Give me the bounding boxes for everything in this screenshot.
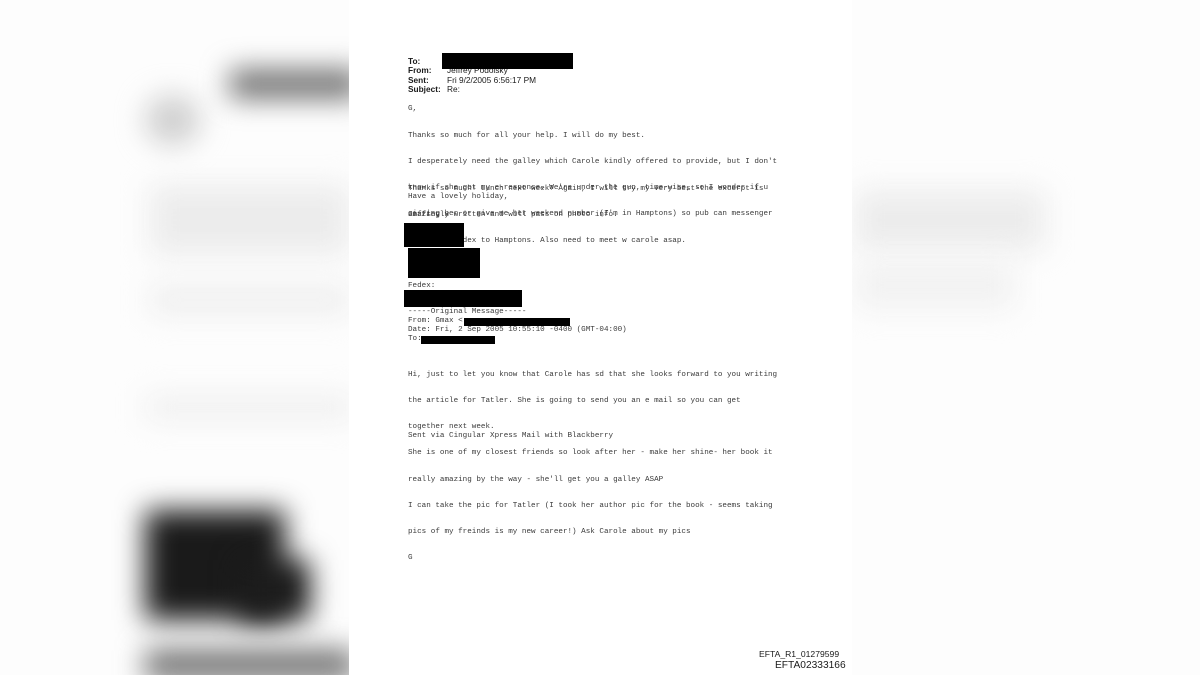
- redaction-signature-block-1: [404, 223, 464, 247]
- redaction-to: [442, 53, 573, 69]
- text-line: G: [408, 554, 777, 563]
- original-to: To:: [408, 335, 422, 344]
- original-body: Hi, just to let you know that Carole has…: [408, 353, 777, 581]
- redaction-fedex-address: [404, 290, 522, 307]
- blur-shape: [150, 285, 350, 315]
- text-line: I can take the pic for Tatler (I took he…: [408, 502, 777, 511]
- text-line: amazingly written-and will pass on photo…: [408, 211, 763, 220]
- text-line: Thanks so much for all your help. I will…: [408, 132, 777, 141]
- signature: Jeffrey x: [408, 211, 449, 220]
- greeting: G,: [408, 105, 417, 114]
- subject-label: Subject:: [408, 85, 447, 94]
- blur-shape: [240, 560, 310, 620]
- original-footer: Sent via Cingular Xpress Mail with Black…: [408, 432, 613, 441]
- blur-shape: [230, 70, 360, 98]
- text-line: the article for Tatler. She is going to …: [408, 397, 777, 406]
- original-from: From: Gmax <: [408, 317, 463, 326]
- subject-value: Re:: [447, 85, 460, 94]
- sent-value: Fri 9/2/2005 6:56:17 PM: [447, 76, 536, 85]
- text-line: pics of my freinds is my new career!) As…: [408, 528, 777, 537]
- redaction-original-to: [421, 336, 495, 344]
- bates-stamp-1: EFTA_R1_01279599: [759, 649, 839, 659]
- text-line: Thanks so much! Lunch next week? Again, …: [408, 185, 763, 194]
- blur-shape: [150, 185, 350, 255]
- text-line: really amazing by the way - she'll get y…: [408, 476, 777, 485]
- blur-shape: [145, 650, 355, 675]
- redaction-original-from: [464, 318, 570, 326]
- blur-shape: [855, 190, 1045, 250]
- redaction-signature-block-2: [408, 248, 480, 278]
- header-subject-row: Subject: Re:: [408, 85, 536, 94]
- closing: Have a lovely holiday,: [408, 193, 508, 202]
- text-line: I desperately need the galley which Caro…: [408, 158, 777, 167]
- text-line: together next week.: [408, 423, 777, 432]
- text-line: Hi, just to let you know that Carole has…: [408, 371, 777, 380]
- text-line: She is one of my closest friends so look…: [408, 449, 777, 458]
- blur-shape: [145, 395, 355, 420]
- bates-stamp-2: EFTA02333166: [775, 660, 846, 671]
- blur-shape: [145, 95, 200, 145]
- original-separator: -----Original Message-----: [408, 308, 526, 317]
- original-date: Date: Fri, 2 Sep 2005 10:55:10 -0400 (GM…: [408, 326, 627, 335]
- blur-shape: [855, 260, 1015, 310]
- document-page: To: From: Jeffrey Podolsky Sent: Fri 9/2…: [349, 0, 852, 675]
